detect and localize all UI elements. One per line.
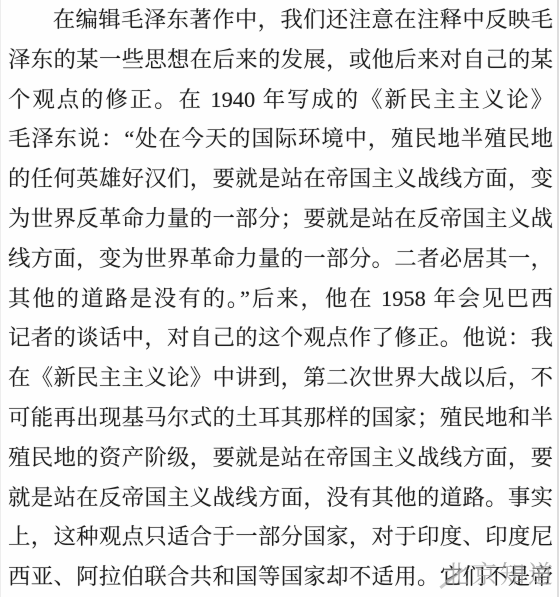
text-line: 个观点的修正。在 1940 年写成的《新民主主义论》中， xyxy=(8,80,553,120)
text-line: 记者的谈话中，对自己的这个观点作了修正。他说：我 xyxy=(8,318,553,358)
text-line: 泽东的某一些思想在后来的发展，或他后来对自己的某 xyxy=(8,40,553,80)
text-line: 可能再出现基马尔式的土耳其那样的国家；殖民地和半 xyxy=(8,398,553,438)
text-line: 其他的道路是没有的。”后来，他在 1958 年会见巴西 xyxy=(8,279,553,319)
text-line: 的任何英雄好汉们，要就是站在帝国主义战线方面，变 xyxy=(8,159,553,199)
document-page: 在编辑毛泽东著作中，我们还注意在注释中反映毛 泽东的某一些思想在后来的发展，或他… xyxy=(0,0,560,597)
text-line: 在编辑毛泽东著作中，我们还注意在注释中反映毛 xyxy=(8,0,553,40)
page-edge-line-left xyxy=(0,0,1,597)
paragraph: 在编辑毛泽东著作中，我们还注意在注释中反映毛 泽东的某一些思想在后来的发展，或他… xyxy=(0,0,560,597)
page-edge-line-right xyxy=(557,0,559,597)
text-line: 毛泽东说：“处在今天的国际环境中，殖民地半殖民地 xyxy=(8,119,553,159)
text-line: 上，这种观点只适合于一部分国家，对于印度、印度尼 xyxy=(8,517,553,557)
text-line: 为世界反革命力量的一部分；要就是站在反帝国主义战 xyxy=(8,199,553,239)
text-line: 就是站在反帝国主义战线方面，没有其他的道路。事实 xyxy=(8,478,553,518)
text-line: 西亚、阿拉伯联合共和国等国家却不适用。它们不是帝 xyxy=(8,557,553,597)
text-line: 在《新民主主义论》中讲到，第二次世界大战以后，不 xyxy=(8,358,553,398)
text-line: 线方面，变为世界革命力量的一部分。二者必居其一， xyxy=(8,239,553,279)
text-line: 殖民地的资产阶级，要就是站在帝国主义战线方面，要 xyxy=(8,438,553,478)
